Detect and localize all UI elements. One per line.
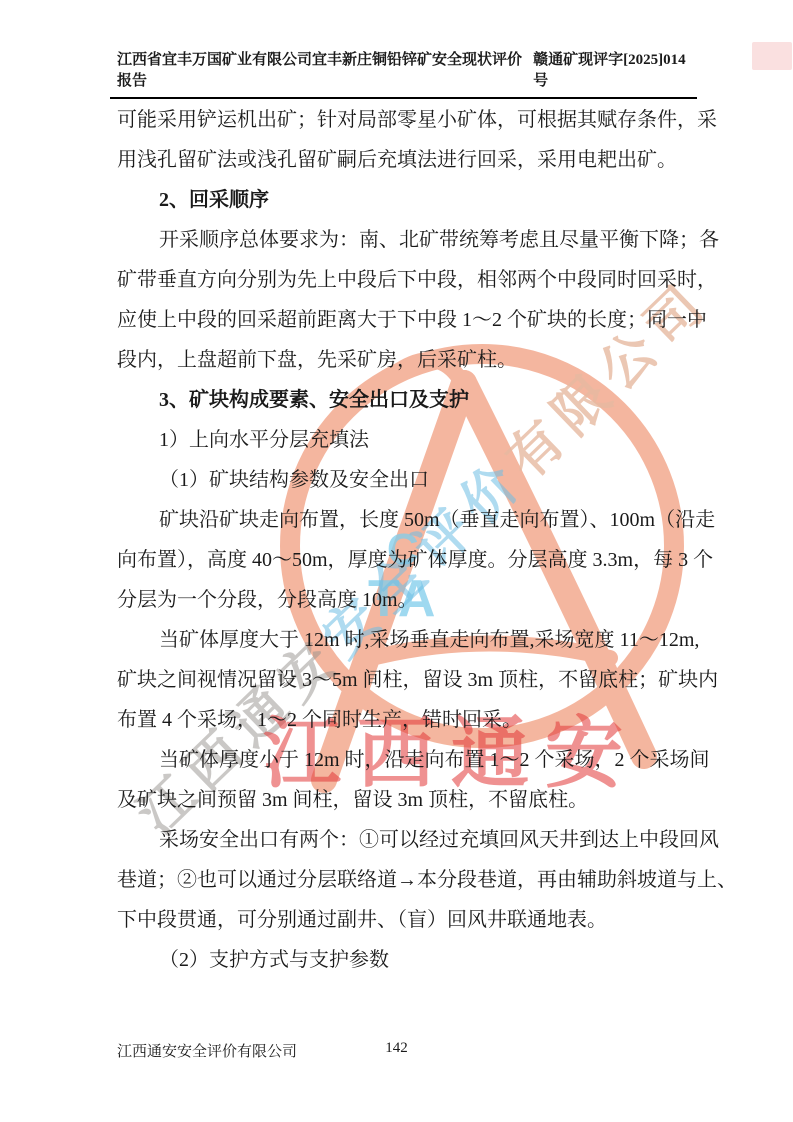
body-line: 矿块之间视情况留设 3～5m 间柱，留设 3m 顶柱，不留底柱；矿块内 (117, 660, 677, 700)
body-line: 段内，上盘超前下盘，先采矿房，后采矿柱。 (117, 340, 677, 380)
header-doc-number: 赣通矿现评字[2025]014 号 (533, 48, 697, 90)
footer-page-number: 142 (385, 1040, 408, 1057)
body-line: 矿带垂直方向分别为先上中段后下中段，相邻两个中段同时回采时， (117, 260, 677, 300)
body-line: 1）上向水平分层充填法 (117, 420, 677, 460)
body-line: 下中段贯通，可分别通过副井、（盲）回风井联通地表。 (117, 900, 677, 940)
header-rule (110, 97, 697, 99)
body-line: （2）支护方式与支护参数 (117, 940, 677, 980)
body-line: 当矿体厚度大于 12m 时,采场垂直走向布置,采场宽度 11～12m, (117, 620, 677, 660)
heading-line: 3、矿块构成要素、安全出口及支护 (117, 380, 677, 420)
header-row: 江西省宜丰万国矿业有限公司宜丰新庄铜铅锌矿安全现状评价报告 赣通矿现评字[202… (110, 48, 697, 90)
body-line: 矿块沿矿块走向布置，长度 50m（垂直走向布置）、100m（沿走 (117, 500, 677, 540)
header-report-title: 江西省宜丰万国矿业有限公司宜丰新庄铜铅锌矿安全现状评价报告 (110, 48, 533, 90)
body-line: 及矿块之间预留 3m 间柱，留设 3m 顶柱，不留底柱。 (117, 780, 677, 820)
document-page: C TA 江西通安安全评价有限公司 江西通安 江西省宜丰万国矿业有限公司宜丰新庄… (0, 0, 793, 1122)
body-line: 分层为一个分段，分段高度 10m。 (117, 580, 677, 620)
footer-company: 江西通安安全评价有限公司 (117, 1040, 297, 1061)
header-stamp-mark (752, 42, 792, 70)
body-line: 用浅孔留矿法或浅孔留矿嗣后充填法进行回采，采用电耙出矿。 (117, 140, 677, 180)
document-body: 可能采用铲运机出矿；针对局部零星小矿体，可根据其赋存条件，采用浅孔留矿法或浅孔留… (117, 100, 677, 980)
body-line: 布置 4 个采场，1～2 个同时生产，错时回采。 (117, 700, 677, 740)
body-line: 开采顺序总体要求为：南、北矿带统筹考虑且尽量平衡下降；各 (117, 220, 677, 260)
body-line: 当矿体厚度小于 12m 时，沿走向布置 1～2 个采场，2 个采场间 (117, 740, 677, 780)
body-line: 向布置），高度 40～50m，厚度为矿体厚度。分层高度 3.3m，每 3 个 (117, 540, 677, 580)
body-line: 应使上中段的回采超前距离大于下中段 1～2 个矿块的长度；同一中 (117, 300, 677, 340)
page-header: 江西省宜丰万国矿业有限公司宜丰新庄铜铅锌矿安全现状评价报告 赣通矿现评字[202… (110, 48, 697, 99)
body-line: 巷道；②也可以通过分层联络道→本分段巷道，再由辅助斜坡道与上、 (117, 860, 677, 900)
body-line: 采场安全出口有两个：①可以经过充填回风天井到达上中段回风 (117, 820, 677, 860)
body-line: 可能采用铲运机出矿；针对局部零星小矿体，可根据其赋存条件，采 (117, 100, 677, 140)
heading-line: 2、回采顺序 (117, 180, 677, 220)
body-line: （1）矿块结构参数及安全出口 (117, 460, 677, 500)
